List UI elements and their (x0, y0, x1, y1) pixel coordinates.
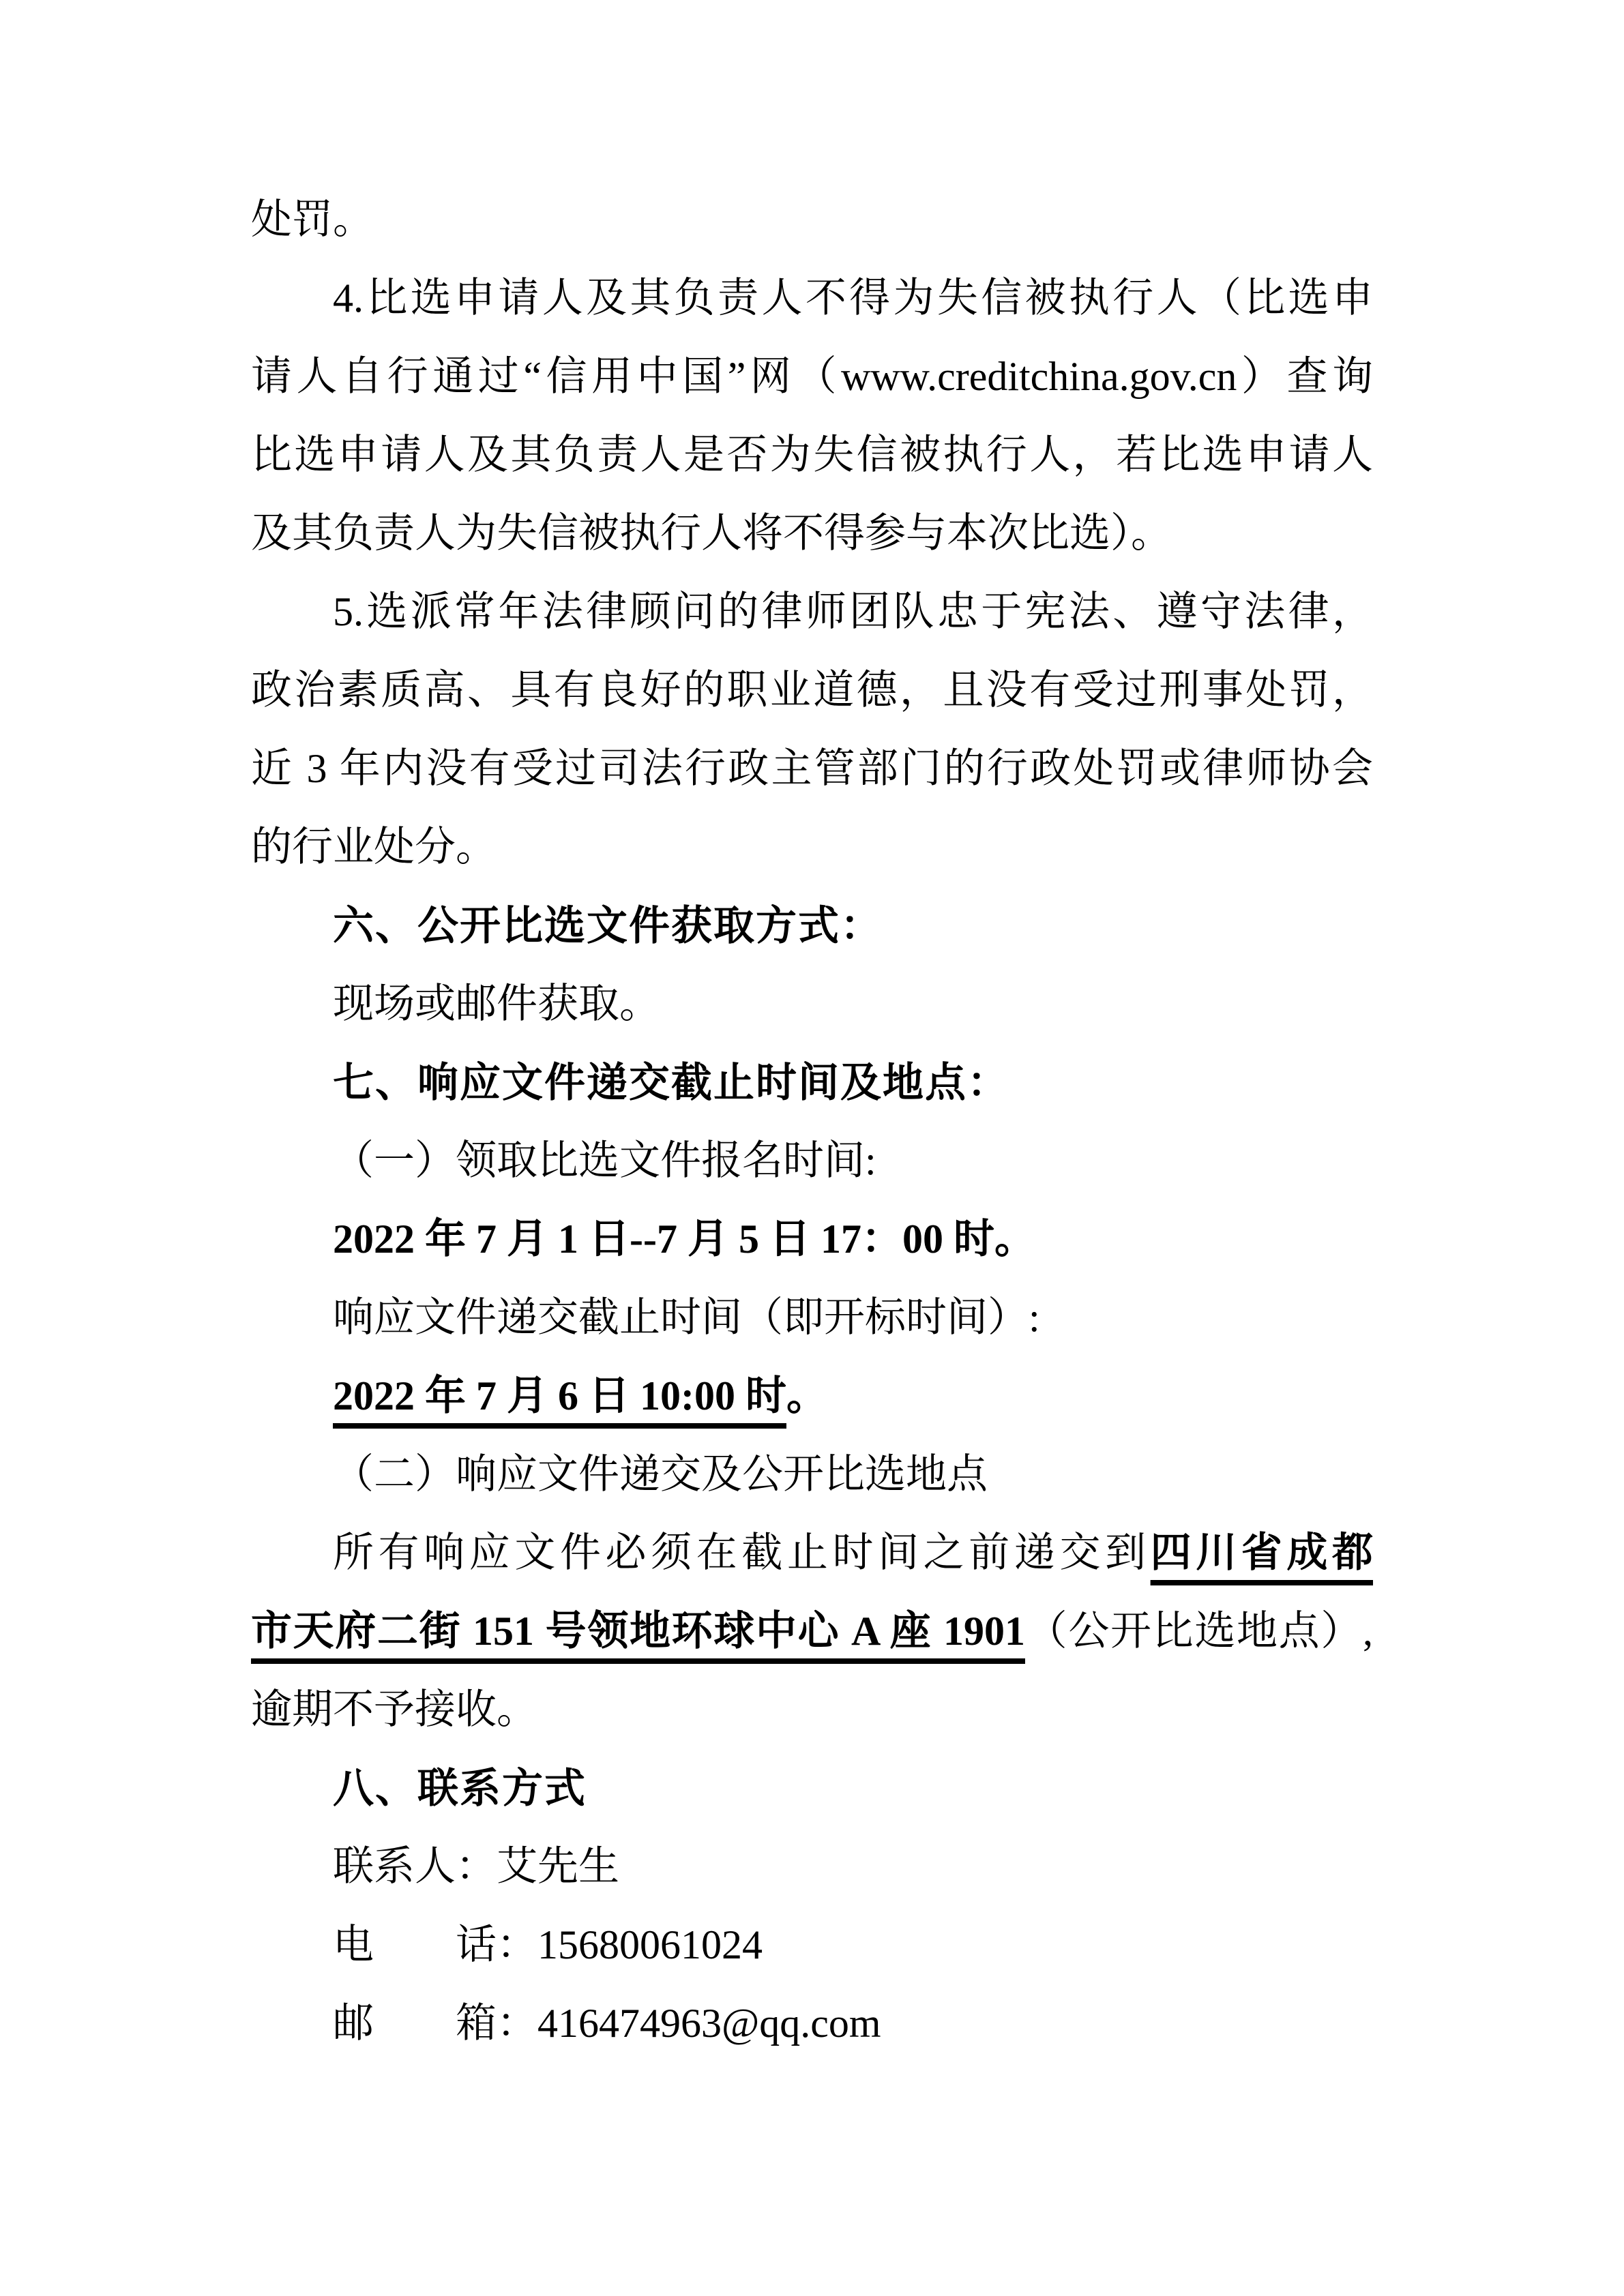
text-segment: 政治素质高、具有良好的职业道德，且没有受过刑事处罚， (251, 668, 1373, 713)
text-segment: 处罚。 (251, 197, 374, 242)
text-segment: （一）领取比选文件报名时间: (333, 1138, 876, 1183)
para-section6-body: 现场或邮件获取。 (251, 965, 1373, 1043)
para-item5-line2: 政治素质高、具有良好的职业道德，且没有受过刑事处罚， (251, 651, 1373, 730)
text-segment: 近 3 年内没有受过司法行政主管部门的行政处罚或律师协会 (251, 746, 1373, 791)
text-segment: 4.比选申请人及其负责人不得为失信被执行人（比选申 (333, 275, 1373, 320)
para-item4-line3: 比选申请人及其负责人是否为失信被执行人，若比选申请人 (251, 416, 1373, 494)
para-deadline-time: 2022 年 7 月 6 日 10:00 时。 (251, 1357, 1373, 1435)
para-item5-line4: 的行业处分。 (251, 808, 1373, 886)
contact-phone-text: 电 话：15680061024 (333, 1922, 763, 1967)
contact-email-text: 邮 箱：416474963@qq.com (333, 2001, 881, 2046)
deadline-underlined-text: 2022 年 7 月 6 日 10:00 时 (333, 1373, 786, 1418)
heading-section6: 六、公开比选文件获取方式： (251, 886, 1373, 965)
para-submit-line3: 逾期不予接收。 (251, 1671, 1373, 1749)
para-item5-line1: 5.选派常年法律顾问的律师团队忠于宪法、遵守法律， (251, 573, 1373, 651)
text-segment: 请人自行通过“信用中国”网（www.creditchina.gov.cn）查询 (251, 354, 1373, 399)
contact-phone-line: 电 话：15680061024 (251, 1906, 1373, 1984)
text-segment: 现场或邮件获取。 (333, 981, 660, 1026)
address-underlined-text: 四川省成都 (1151, 1530, 1373, 1575)
para-signup-time: 2022 年 7 月 1 日--7 月 5 日 17：00 时。 (251, 1200, 1373, 1279)
heading-section8: 八、联系方式 (251, 1749, 1373, 1828)
heading-text: 七、响应文件递交截止时间及地点： (333, 1060, 1009, 1105)
para-sub1-title: （一）领取比选文件报名时间: (251, 1122, 1373, 1200)
document-page: 处罚。 4.比选申请人及其负责人不得为失信被执行人（比选申 请人自行通过“信用中… (0, 0, 1624, 2296)
text-segment: 。 (786, 1373, 827, 1418)
para-submit-line2: 市天府二街 151 号领地环球中心 A 座 1901（公开比选地点）, (251, 1592, 1373, 1671)
text-segment: （二）响应文件递交及公开比选地点 (333, 1452, 988, 1497)
heading-section7: 七、响应文件递交截止时间及地点： (251, 1043, 1373, 1122)
para-deadline-label: 响应文件递交截止时间（即开标时间）: (251, 1279, 1373, 1357)
para-tail-penalty: 处罚。 (251, 181, 1373, 259)
text-segment: 的行业处分。 (251, 824, 497, 869)
para-sub2-title: （二）响应文件递交及公开比选地点 (251, 1435, 1373, 1514)
document-body: 处罚。 4.比选申请人及其负责人不得为失信被执行人（比选申 请人自行通过“信用中… (251, 181, 1373, 2063)
text-segment: 5.选派常年法律顾问的律师团队忠于宪法、遵守法律， (333, 589, 1373, 634)
contact-person-text: 联系人：艾先生 (333, 1844, 619, 1889)
text-segment: 比选申请人及其负责人是否为失信被执行人，若比选申请人 (251, 432, 1373, 477)
para-submit-line1: 所有响应文件必须在截止时间之前递交到四川省成都 (251, 1514, 1373, 1592)
text-segment: 响应文件递交截止时间（即开标时间）: (333, 1295, 1040, 1340)
para-item4-line1: 4.比选申请人及其负责人不得为失信被执行人（比选申 (251, 259, 1373, 338)
text-segment: 及其负责人为失信被执行人将不得参与本次比选）。 (251, 511, 1172, 556)
text-segment: （公开比选地点）, (1025, 1609, 1373, 1654)
para-item5-line3: 近 3 年内没有受过司法行政主管部门的行政处罚或律师协会 (251, 730, 1373, 808)
heading-text: 八、联系方式 (333, 1765, 587, 1811)
contact-person-line: 联系人：艾先生 (251, 1828, 1373, 1906)
para-item4-line4: 及其负责人为失信被执行人将不得参与本次比选）。 (251, 494, 1373, 573)
para-item4-line2: 请人自行通过“信用中国”网（www.creditchina.gov.cn）查询 (251, 338, 1373, 416)
text-segment: 2022 年 7 月 1 日--7 月 5 日 17：00 时。 (333, 1217, 1035, 1262)
address-underlined-text: 市天府二街 151 号领地环球中心 A 座 1901 (251, 1609, 1025, 1654)
text-segment: 所有响应文件必须在截止时间之前递交到 (333, 1530, 1151, 1575)
text-segment: 逾期不予接收。 (251, 1687, 537, 1732)
contact-email-line: 邮 箱：416474963@qq.com (251, 1984, 1373, 2063)
heading-text: 六、公开比选文件获取方式： (333, 903, 883, 949)
